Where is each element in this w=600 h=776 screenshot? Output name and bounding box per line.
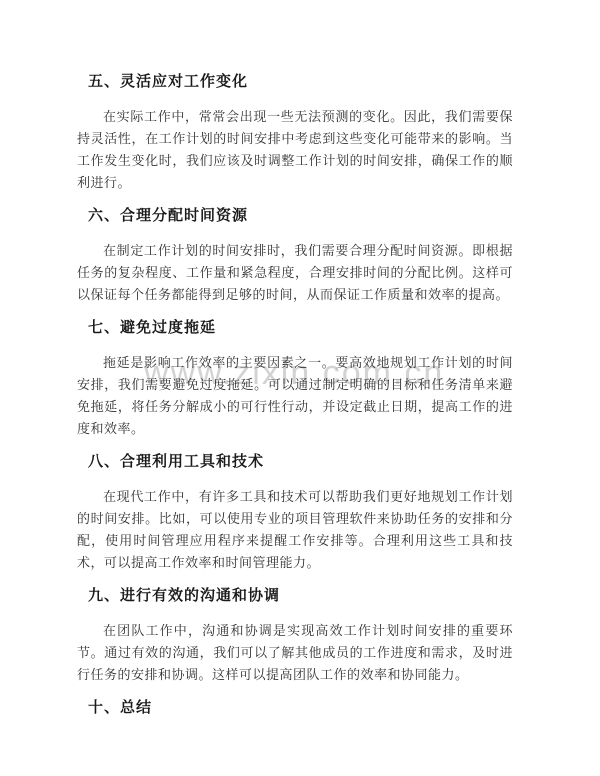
section-heading: 七、避免过度拖延 [77, 318, 513, 338]
section-paragraph: 在团队工作中，沟通和协调是实现高效工作计划时间安排的重要环节。通过有效的沟通，我… [77, 620, 513, 686]
section-heading: 五、灵活应对工作变化 [77, 72, 513, 92]
document-page: www.zixin.com.cn 五、灵活应对工作变化 在实际工作中，常常会出现… [0, 0, 600, 776]
section-5: 五、灵活应对工作变化 在实际工作中，常常会出现一些无法预测的变化。因此，我们需要… [77, 72, 513, 194]
section-7: 七、避免过度拖延 拖延是影响工作效率的主要因素之一。要高效地规划工作计划的时间安… [77, 318, 513, 440]
section-paragraph: 在实际工作中，常常会出现一些无法预测的变化。因此，我们需要保持灵活性，在工作计划… [77, 106, 513, 194]
section-heading: 九、进行有效的沟通和协调 [77, 586, 513, 606]
section-10: 十、总结 [77, 698, 513, 718]
section-paragraph: 在现代工作中，有许多工具和技术可以帮助我们更好地规划工作计划的时间安排。比如，可… [77, 486, 513, 574]
section-8: 八、合理利用工具和技术 在现代工作中，有许多工具和技术可以帮助我们更好地规划工作… [77, 452, 513, 574]
section-9: 九、进行有效的沟通和协调 在团队工作中，沟通和协调是实现高效工作计划时间安排的重… [77, 586, 513, 686]
document-content: 五、灵活应对工作变化 在实际工作中，常常会出现一些无法预测的变化。因此，我们需要… [77, 72, 513, 732]
section-6: 六、合理分配时间资源 在制定工作计划的时间安排时，我们需要合理分配时间资源。即根… [77, 206, 513, 306]
section-paragraph: 拖延是影响工作效率的主要因素之一。要高效地规划工作计划的时间安排，我们需要避免过… [77, 352, 513, 440]
section-paragraph: 在制定工作计划的时间安排时，我们需要合理分配时间资源。即根据任务的复杂程度、工作… [77, 240, 513, 306]
section-heading: 十、总结 [77, 698, 513, 718]
section-heading: 六、合理分配时间资源 [77, 206, 513, 226]
section-heading: 八、合理利用工具和技术 [77, 452, 513, 472]
